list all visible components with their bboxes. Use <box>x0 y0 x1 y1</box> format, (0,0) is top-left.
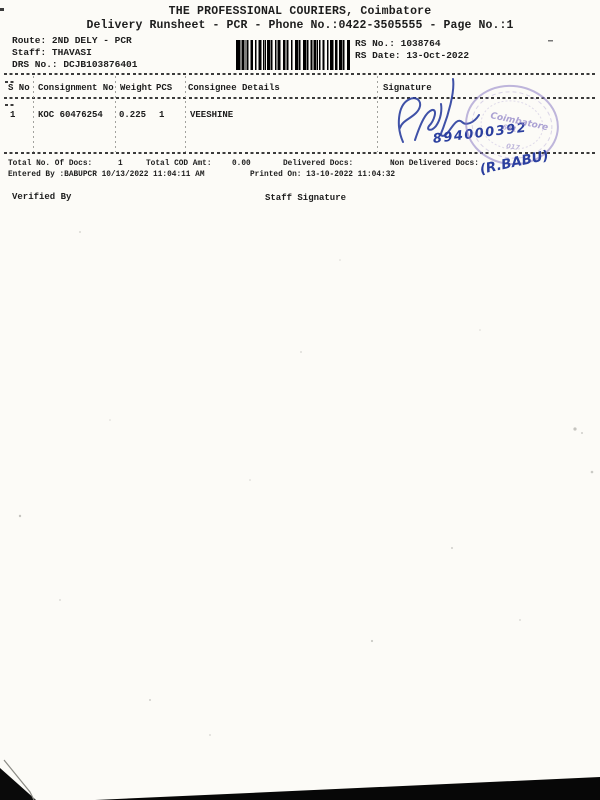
staff-label: Staff: <box>12 47 46 58</box>
stamp-city-text: Coimbatore <box>489 111 549 133</box>
drs-value: DCJB103876401 <box>63 59 137 70</box>
stamp-bottom-text: 017 <box>506 142 521 152</box>
rs-date-line: RS Date: 13-Oct-2022 <box>355 50 469 61</box>
rs-no-line: RS No.: 1038764 <box>355 38 441 49</box>
paper-corner-edge <box>4 760 34 800</box>
rs-no-label: RS No.: <box>355 38 395 49</box>
row-sno: 1 <box>10 110 15 120</box>
stamp-pincode-text: 641 <box>502 123 518 134</box>
staff-value: THAVASI <box>52 47 92 58</box>
row-weight: 0.225 <box>119 110 146 120</box>
row-consignee: VEESHINE <box>190 110 233 120</box>
staff-line: Staff: THAVASI <box>12 47 92 58</box>
verified-by-label: Verified By <box>12 192 71 202</box>
rs-no-value: 1038764 <box>401 38 441 49</box>
col-header-consignment: Consignment No <box>38 83 114 93</box>
entered-by-line: Entered By :BABUPCR 10/13/2022 11:04:11 … <box>8 171 205 179</box>
col-header-weight: Weight <box>120 83 152 93</box>
runsheet-title: Delivery Runsheet - PCR - Phone No.:0422… <box>0 19 600 32</box>
staff-signature-label: Staff Signature <box>265 193 346 203</box>
col-divider-1 <box>33 76 34 152</box>
drs-label: DRS No.: <box>12 59 58 70</box>
row-consignment: KOC 60476254 <box>38 110 103 120</box>
col-header-pcs: PCS <box>156 83 172 93</box>
route-value: 2ND DELY - PCR <box>52 35 132 46</box>
rs-date-value: 13-Oct-2022 <box>406 50 469 61</box>
cod-value: 0.00 <box>232 160 251 168</box>
total-docs-value: 1 <box>118 160 123 168</box>
dash-wrap-mark-2 <box>5 104 15 106</box>
cod-label: Total COD Amt: <box>146 160 212 168</box>
row-pcs: 1 <box>159 110 164 120</box>
drs-line: DRS No.: DCJB103876401 <box>12 59 137 70</box>
divider-top <box>4 73 596 75</box>
rs-barcode-icon <box>236 40 350 70</box>
col-header-consignee: Consignee Details <box>188 83 280 93</box>
total-docs-label: Total No. Of Docs: <box>8 160 92 168</box>
scanned-delivery-runsheet: THE PROFESSIONAL COURIERS, Coimbatore De… <box>0 0 600 800</box>
col-divider-2 <box>115 76 116 152</box>
route-line: Route: 2ND DELY - PCR <box>12 35 132 46</box>
paper-corner-shadow <box>0 768 36 800</box>
route-label: Route: <box>12 35 46 46</box>
scanner-bed-shadow <box>95 777 600 800</box>
delivered-label: Delivered Docs: <box>283 160 353 168</box>
company-title: THE PROFESSIONAL COURIERS, Coimbatore <box>0 5 600 18</box>
col-divider-3 <box>185 76 186 152</box>
col-header-sno: S No <box>8 83 30 93</box>
col-divider-4 <box>377 76 378 152</box>
printed-on-line: Printed On: 13-10-2022 11:04:32 <box>250 171 395 179</box>
rs-date-label: RS Date: <box>355 50 401 61</box>
